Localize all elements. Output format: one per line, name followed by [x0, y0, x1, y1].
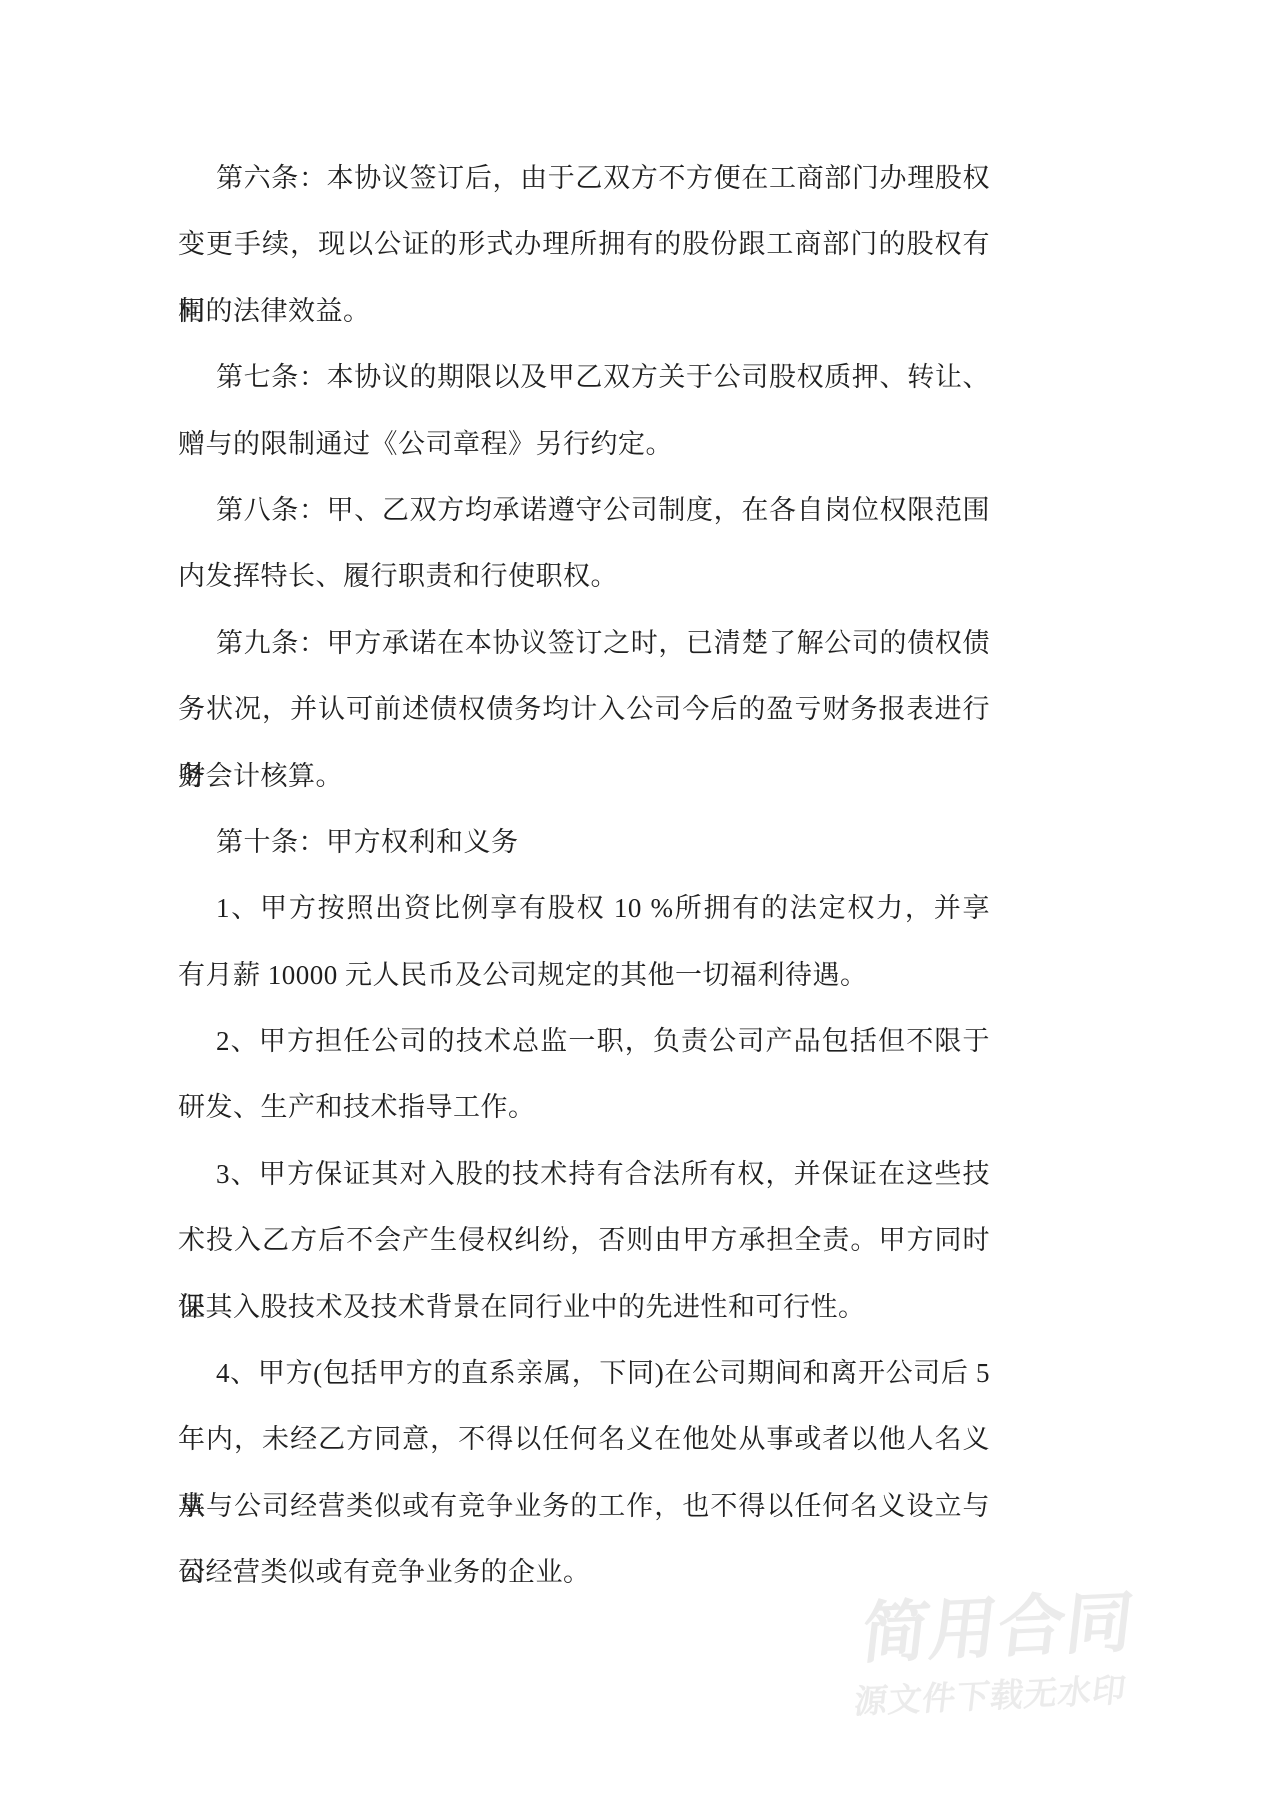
text-line: 2、甲方担任公司的技术总监一职，负责公司产品包括但不限于: [178, 1008, 990, 1074]
paragraph-clause-10-item-3: 3、甲方保证其对入股的技术持有合法所有权，并保证在这些技术投入乙方后不会产生侵权…: [178, 1141, 990, 1340]
text-line: 事与公司经营类似或有竞争业务的工作，也不得以任何名义设立与公: [178, 1473, 990, 1539]
text-line: 研发、生产和技术指导工作。: [178, 1074, 990, 1140]
text-line: 务会计核算。: [178, 743, 990, 809]
text-line: 第八条：甲、乙双方均承诺遵守公司制度，在各自岗位权限范围: [178, 477, 990, 543]
text-line: 4、甲方(包括甲方的直系亲属，下同)在公司期间和离开公司后 5: [178, 1340, 990, 1406]
text-line: 第十条：甲方权利和义务: [178, 809, 990, 875]
text-line: 有月薪 10000 元人民币及公司规定的其他一切福利待遇。: [178, 942, 990, 1008]
paragraph-clause-8: 第八条：甲、乙双方均承诺遵守公司制度，在各自岗位权限范围内发挥特长、履行职责和行…: [178, 477, 990, 610]
paragraph-clause-10-item-1: 1、甲方按照出资比例享有股权 10 %所拥有的法定权力，并享有月薪 10000 …: [178, 875, 990, 1008]
text-block: 第六条：本协议签订后，由于乙双方不方便在工商部门办理股权变更手续，现以公证的形式…: [178, 145, 990, 1606]
paragraph-clause-6: 第六条：本协议签订后，由于乙双方不方便在工商部门办理股权变更手续，现以公证的形式…: [178, 145, 990, 344]
text-line: 第九条：甲方承诺在本协议签订之时，已清楚了解公司的债权债: [178, 610, 990, 676]
text-line: 变更手续，现以公证的形式办理所拥有的股份跟工商部门的股权有相: [178, 211, 990, 277]
document-page: 第六条：本协议签订后，由于乙双方不方便在工商部门办理股权变更手续，现以公证的形式…: [0, 0, 1280, 1810]
text-line: 1、甲方按照出资比例享有股权 10 %所拥有的法定权力，并享: [178, 875, 990, 941]
text-line: 同的法律效益。: [178, 278, 990, 344]
paragraph-clause-9: 第九条：甲方承诺在本协议签订之时，已清楚了解公司的债权债务状况，并认可前述债权债…: [178, 610, 990, 809]
text-line: 赠与的限制通过《公司章程》另行约定。: [178, 411, 990, 477]
watermark-subtitle: 源文件下载无水印: [852, 1672, 1128, 1720]
text-line: 第六条：本协议签订后，由于乙双方不方便在工商部门办理股权: [178, 145, 990, 211]
text-line: 证其入股技术及技术背景在同行业中的先进性和可行性。: [178, 1274, 990, 1340]
paragraph-clause-10-item-4: 4、甲方(包括甲方的直系亲属，下同)在公司期间和离开公司后 5年内，未经乙方同意…: [178, 1340, 990, 1606]
paragraph-clause-10-heading: 第十条：甲方权利和义务: [178, 809, 990, 875]
text-line: 年内，未经乙方同意，不得以任何名义在他处从事或者以他人名义从: [178, 1406, 990, 1472]
text-line: 内发挥特长、履行职责和行使职权。: [178, 543, 990, 609]
paragraph-clause-7: 第七条：本协议的期限以及甲乙双方关于公司股权质押、转让、赠与的限制通过《公司章程…: [178, 344, 990, 477]
watermark-title: 简用合同: [858, 1588, 1138, 1670]
text-line: 务状况，并认可前述债权债务均计入公司今后的盈亏财务报表进行财: [178, 676, 990, 742]
text-line: 3、甲方保证其对入股的技术持有合法所有权，并保证在这些技: [178, 1141, 990, 1207]
paragraph-clause-10-item-2: 2、甲方担任公司的技术总监一职，负责公司产品包括但不限于研发、生产和技术指导工作…: [178, 1008, 990, 1141]
watermark: 简用合同 源文件下载无水印: [852, 1588, 1137, 1721]
text-line: 第七条：本协议的期限以及甲乙双方关于公司股权质押、转让、: [178, 344, 990, 410]
text-line: 术投入乙方后不会产生侵权纠纷，否则由甲方承担全责。甲方同时保: [178, 1207, 990, 1273]
